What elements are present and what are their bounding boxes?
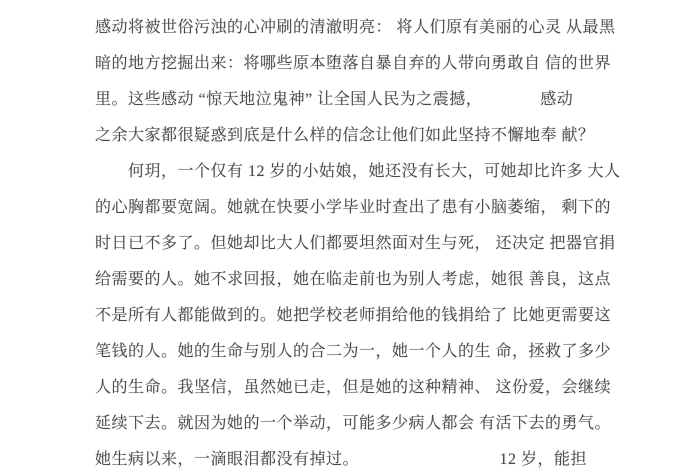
text-line: 不是所有人都能做到的。她把学校老师捐给他的钱捐给了 比她更需要这 [95, 298, 655, 334]
text-line: 里。这些感动 “惊天地泣鬼神” 让全国人民为之震撼， 感动 [95, 82, 655, 118]
text-line: 笔钱的人。她的生命与别人的合二为一，她一个人的生 命，拯救了多少 [95, 334, 655, 370]
text-line: 给需要的人。她不求回报，她在临走前也为别人考虑，她很 善良，这点 [95, 262, 655, 298]
text-line: 感动将被世俗污浊的心冲刷的清澈明亮： 将人们原有美丽的心灵 从最黑 [95, 10, 655, 46]
text-line: 之余大家都很疑惑到底是什么样的信念让他们如此坚持不懈地奉 献？ [95, 118, 655, 154]
essay-text-block: 感动将被世俗污浊的心冲刷的清澈明亮： 将人们原有美丽的心灵 从最黑 暗的地方挖掘… [95, 10, 655, 470]
text-line: 何玥，一个仅有 12 岁的小姑娘，她还没有长大，可她却比许多 大人 [95, 154, 655, 190]
text-line: 人的生命。我坚信，虽然她已走，但是她的这种精神、 这份爱，会继续 [95, 370, 655, 406]
document-page: 感动将被世俗污浊的心冲刷的清澈明亮： 将人们原有美丽的心灵 从最黑 暗的地方挖掘… [0, 0, 700, 470]
text-line: 延续下去。就因为她的一个举动，可能多少病人都会 有活下去的勇气。 [95, 406, 655, 442]
text-line: 她生病以来，一滴眼泪都没有掉过。 12 岁，能担 [95, 442, 655, 470]
text-line: 时日已不多了。但她却比大人们都要坦然面对生与死， 还决定 把器官捐 [95, 226, 655, 262]
text-line: 暗的地方挖掘出来：将哪些原本堕落自暴自弃的人带向勇敢自 信的世界 [95, 46, 655, 82]
text-line: 的心胸都要宽阔。她就在快要小学毕业时查出了患有小脑萎缩， 剩下的 [95, 190, 655, 226]
